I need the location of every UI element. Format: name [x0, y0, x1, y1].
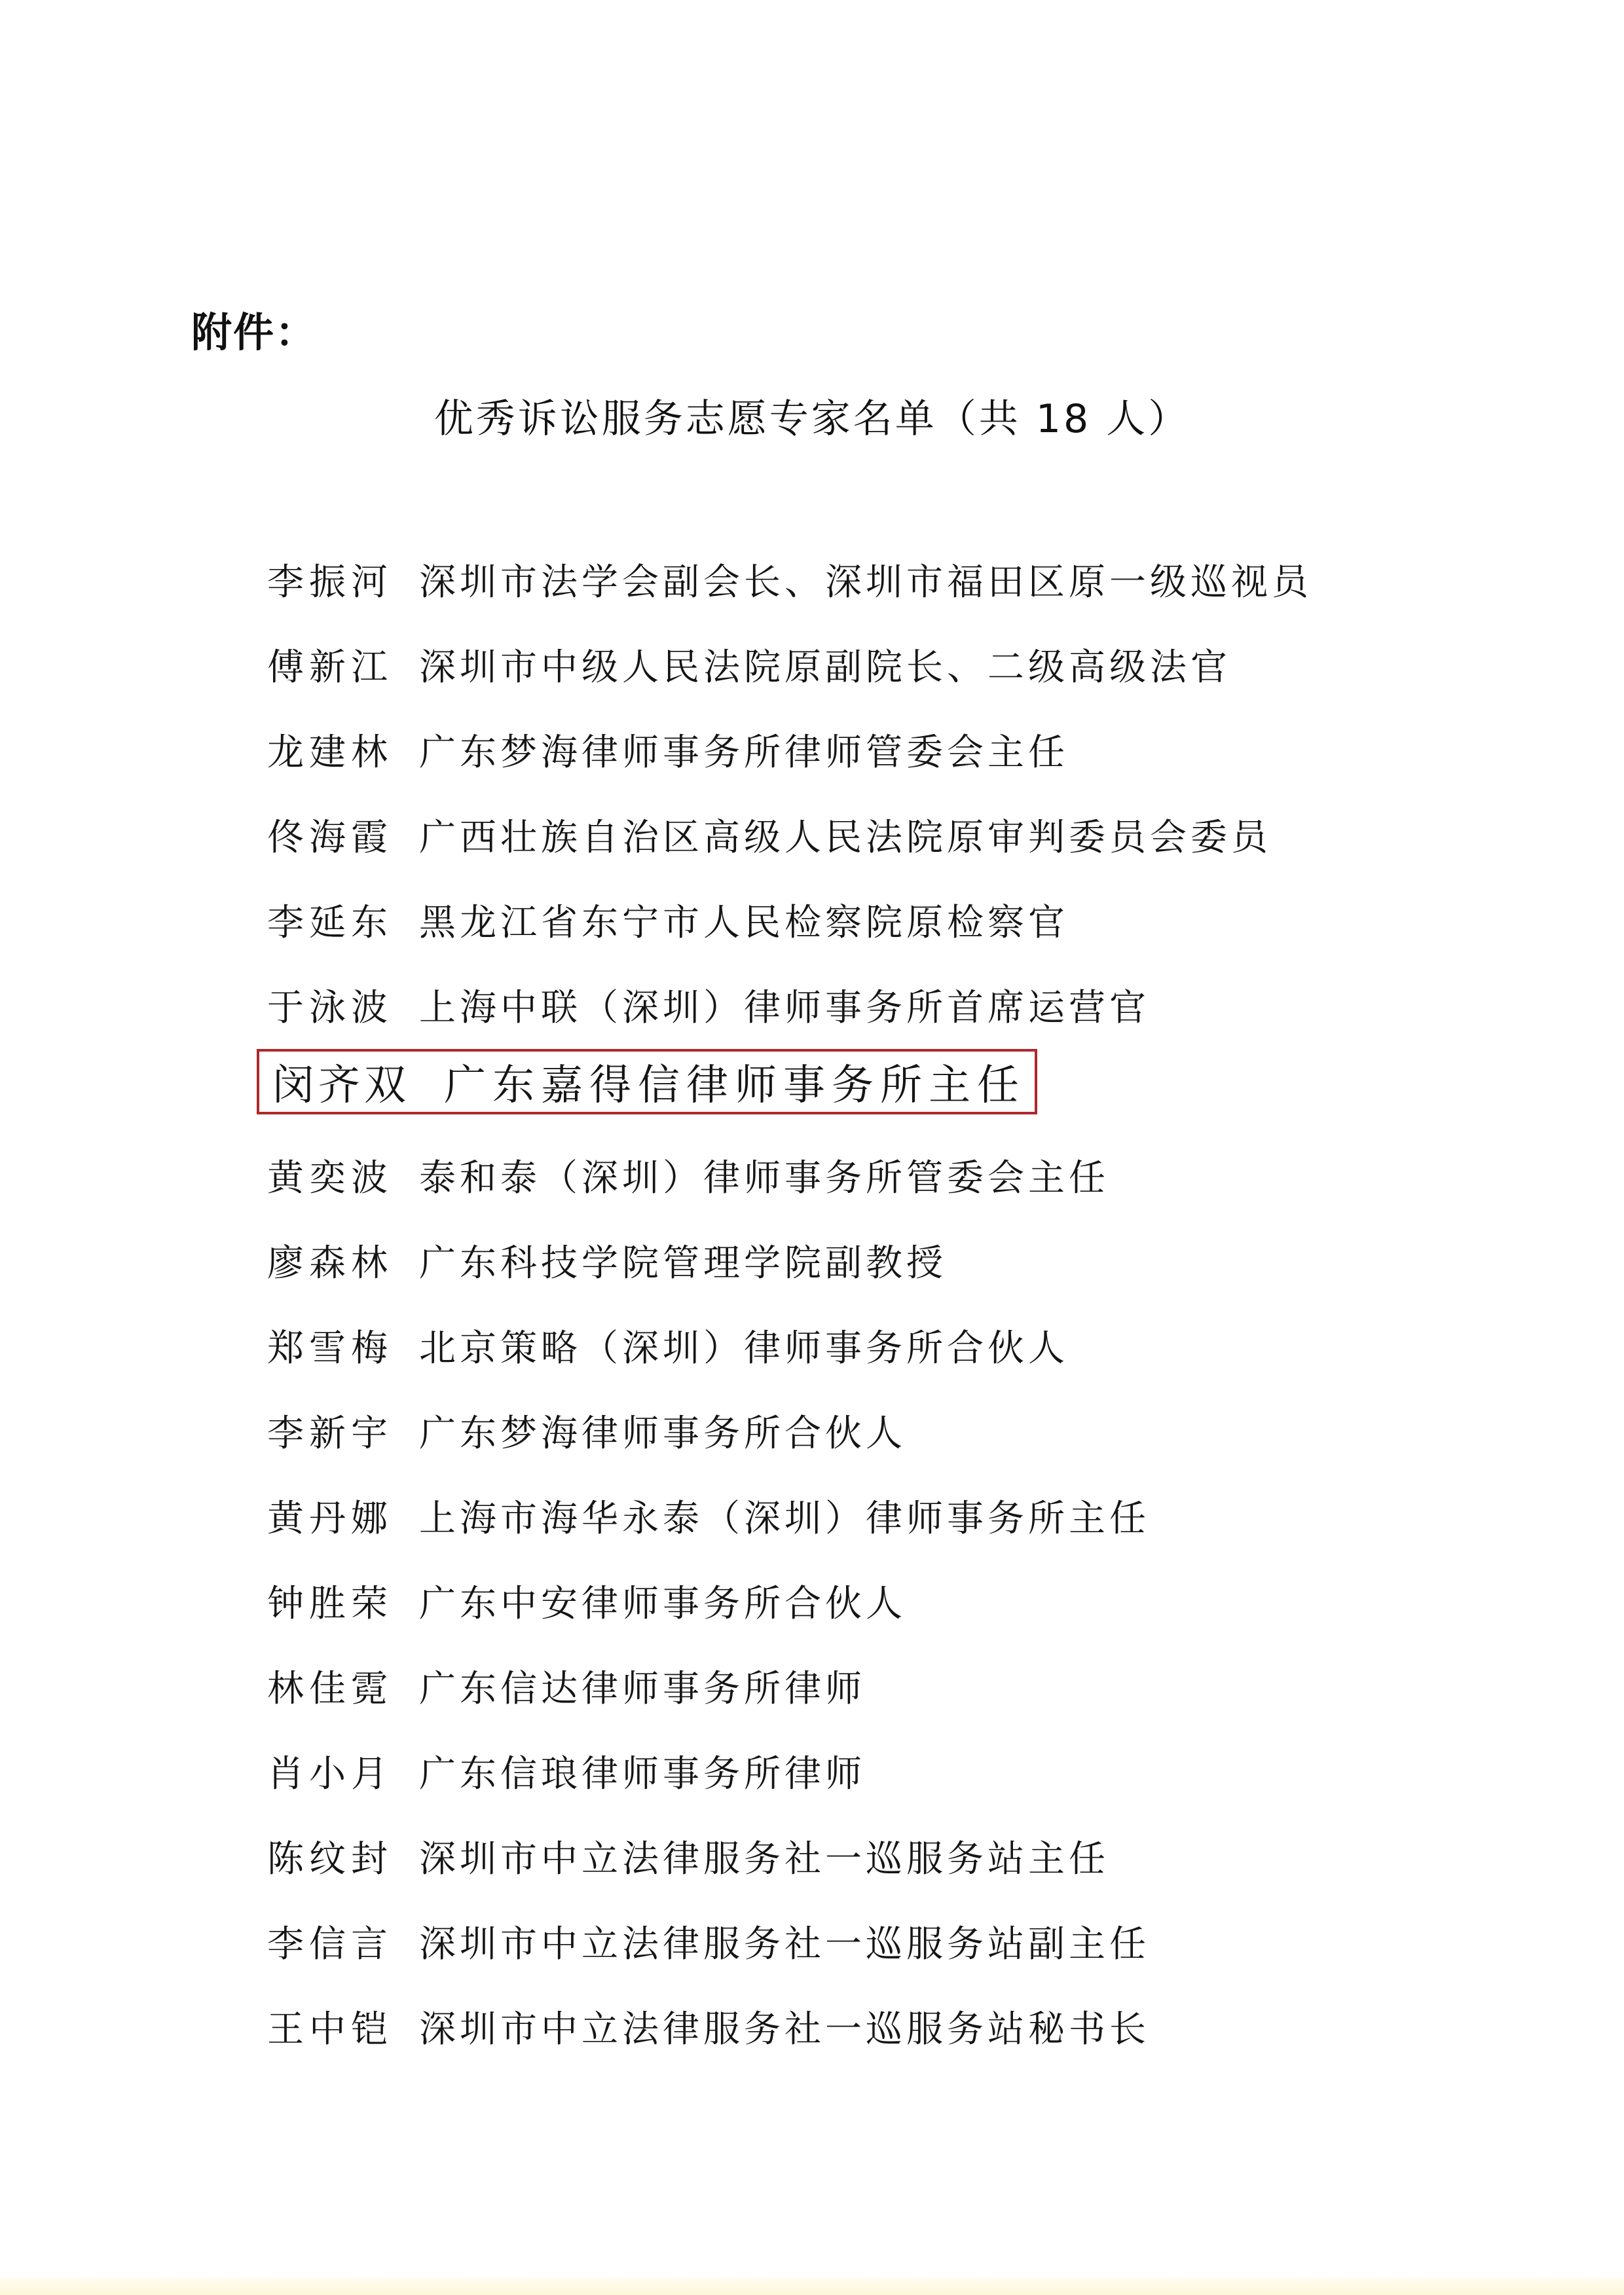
list-item: 李振河 深圳市法学会副会长、深圳市福田区原一级巡视员: [267, 550, 1312, 609]
expert-position: 深圳市中立法律服务社一巡服务站秘书长: [419, 2000, 1150, 2053]
expert-name: 肖小月: [267, 1745, 419, 1797]
list-item: 黄奕波 泰和泰（深圳）律师事务所管委会主任: [267, 1146, 1109, 1205]
list-item: 佟海霞 广西壮族自治区高级人民法院原审判委员会委员: [267, 805, 1272, 864]
list-item: 龙建林 广东梦海律师事务所律师管委会主任: [267, 720, 1069, 779]
expert-position: 广东科技学院管理学院副教授: [419, 1234, 947, 1287]
scan-edge-band: [0, 2277, 1624, 2295]
list-item: 廖森林 广东科技学院管理学院副教授: [267, 1231, 947, 1290]
list-item: 林佳霓 广东信达律师事务所律师: [267, 1657, 866, 1716]
expert-name: 李振河: [267, 553, 419, 606]
document-title: 优秀诉讼服务志愿专家名单（共 18 人）: [0, 392, 1624, 447]
expert-name: 闵齐双: [272, 1052, 444, 1112]
expert-name: 黄奕波: [267, 1149, 419, 1202]
expert-position: 泰和泰（深圳）律师事务所管委会主任: [419, 1149, 1109, 1202]
expert-position: 北京策略（深圳）律师事务所合伙人: [419, 1319, 1069, 1372]
expert-name: 于泳波: [267, 979, 419, 1031]
expert-position: 广东信达律师事务所律师: [419, 1660, 866, 1712]
list-item: 钟胜荣 广东中安律师事务所合伙人: [267, 1571, 906, 1630]
list-item: 李信言 深圳市中立法律服务社一巡服务站副主任: [267, 1912, 1150, 1971]
expert-name: 龙建林: [267, 724, 419, 776]
expert-position: 深圳市中立法律服务社一巡服务站主任: [419, 1830, 1109, 1882]
expert-position: 黑龙江省东宁市人民检察院原检察官: [419, 894, 1069, 946]
expert-position: 广东嘉得信律师事务所主任: [444, 1052, 1025, 1112]
expert-name: 郑雪梅: [267, 1319, 419, 1372]
expert-name: 钟胜荣: [267, 1575, 419, 1627]
highlighted-list-item: 闵齐双 广东嘉得信律师事务所主任: [257, 1049, 1037, 1114]
expert-name: 李延东: [267, 894, 419, 946]
expert-name: 廖森林: [267, 1234, 419, 1287]
expert-name: 李信言: [267, 1915, 419, 1968]
list-item: 李延东 黑龙江省东宁市人民检察院原检察官: [267, 890, 1069, 949]
expert-name: 林佳霓: [267, 1660, 419, 1712]
expert-name: 陈纹封: [267, 1830, 419, 1882]
document-page: 附件： 优秀诉讼服务志愿专家名单（共 18 人） 李振河 深圳市法学会副会长、深…: [0, 0, 1624, 2295]
list-item: 郑雪梅 北京策略（深圳）律师事务所合伙人: [267, 1316, 1069, 1375]
list-item: 李新宇 广东梦海律师事务所合伙人: [267, 1401, 906, 1460]
list-item: 肖小月 广东信琅律师事务所律师: [267, 1742, 866, 1801]
expert-position: 广东梦海律师事务所合伙人: [419, 1405, 906, 1457]
expert-position: 广东中安律师事务所合伙人: [419, 1575, 906, 1627]
list-item: 于泳波 上海中联（深圳）律师事务所首席运营官: [267, 976, 1150, 1035]
list-item: 陈纹封 深圳市中立法律服务社一巡服务站主任: [267, 1827, 1109, 1886]
list-item: 王中铠 深圳市中立法律服务社一巡服务站秘书长: [267, 1997, 1150, 2056]
expert-position: 上海市海华永泰（深圳）律师事务所主任: [419, 1490, 1150, 1542]
attachment-label: 附件：: [191, 308, 317, 358]
expert-name: 黄丹娜: [267, 1490, 419, 1542]
list-item: 傅新江 深圳市中级人民法院原副院长、二级高级法官: [267, 635, 1231, 694]
expert-position: 深圳市法学会副会长、深圳市福田区原一级巡视员: [419, 553, 1312, 606]
expert-name: 傅新江: [267, 638, 419, 691]
expert-position: 上海中联（深圳）律师事务所首席运营官: [419, 979, 1150, 1031]
expert-position: 深圳市中立法律服务社一巡服务站副主任: [419, 1915, 1150, 1968]
list-item: 黄丹娜 上海市海华永泰（深圳）律师事务所主任: [267, 1486, 1150, 1545]
expert-position: 深圳市中级人民法院原副院长、二级高级法官: [419, 638, 1231, 691]
expert-name: 王中铠: [267, 2000, 419, 2053]
expert-position: 广西壮族自治区高级人民法院原审判委员会委员: [419, 809, 1272, 861]
expert-name: 佟海霞: [267, 809, 419, 861]
expert-position: 广东信琅律师事务所律师: [419, 1745, 866, 1797]
expert-position: 广东梦海律师事务所律师管委会主任: [419, 724, 1069, 776]
expert-name: 李新宇: [267, 1405, 419, 1457]
